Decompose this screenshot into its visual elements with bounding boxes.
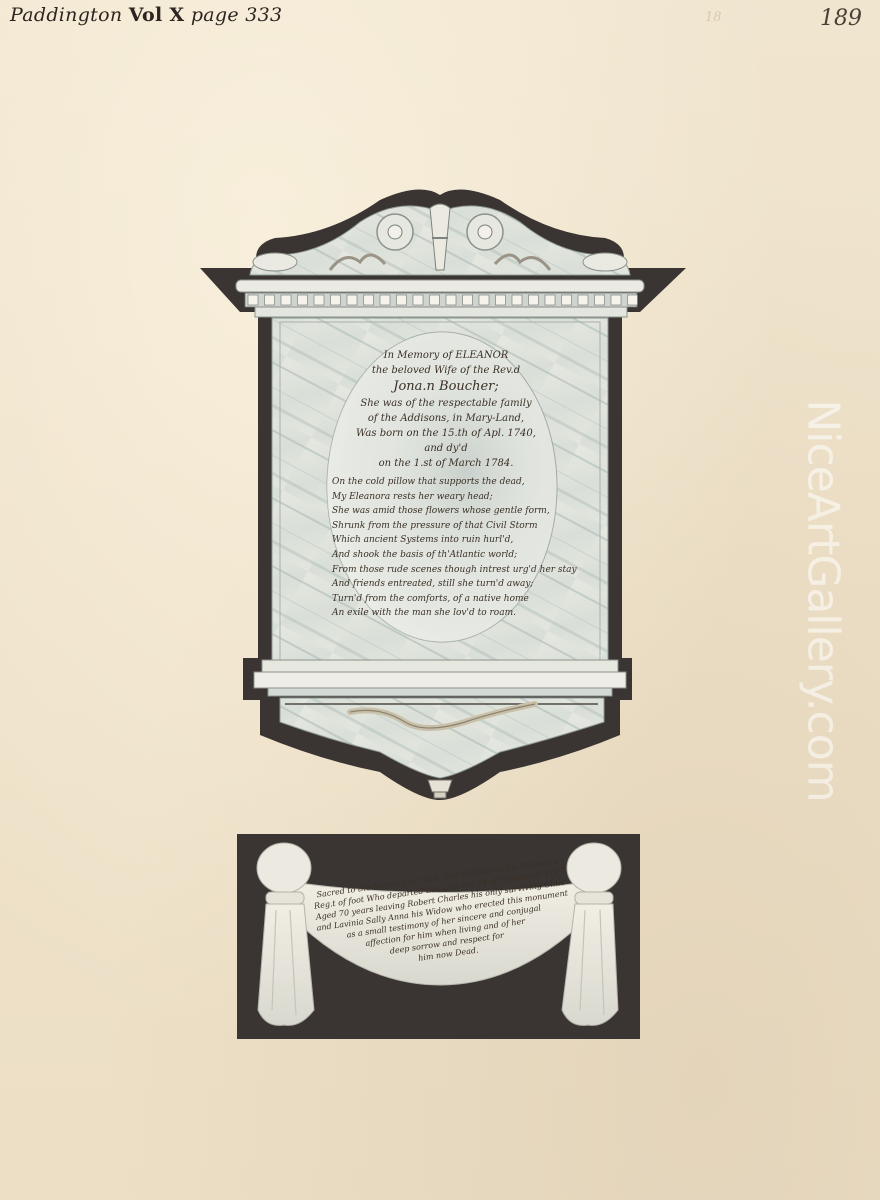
poem-line: From those rude scenes though intrest ur…: [332, 563, 562, 578]
poem-line: An exile with the man she lov'd to roam.: [332, 606, 562, 621]
inscription-line: and dy'd: [330, 441, 562, 456]
inscription-line: of the Addisons, in Mary-Land,: [330, 411, 562, 426]
inscription-name: Jona.n Boucher;: [330, 378, 562, 396]
poem-line: My Eleanora rests her weary head;: [332, 490, 562, 505]
poem-line: Which ancient Systems into ruin hurl'd,: [332, 533, 562, 548]
upper-inscription: In Memory of ELEANOR the beloved Wife of…: [330, 348, 562, 621]
inscription-line: the beloved Wife of the Rev.d: [330, 363, 562, 378]
poem-line: And friends entreated, still she turn'd …: [332, 577, 562, 592]
poem-line: Shrunk from the pressure of that Civil S…: [332, 519, 562, 534]
poem-line: On the cold pillow that supports the dea…: [332, 475, 562, 490]
watermark: NiceArtGallery.com: [798, 400, 848, 800]
inscription-line: In Memory of ELEANOR: [330, 348, 562, 363]
poem-line: And shook the basis of th'Atlantic world…: [332, 548, 562, 563]
inscription-line: She was of the respectable family: [330, 396, 562, 411]
inscription-line: Was born on the 15.th of Apl. 1740,: [330, 426, 562, 441]
poem-line: She was amid those flowers whose gentle …: [332, 504, 562, 519]
poem-line: Turn'd from the comforts, of a native ho…: [332, 592, 562, 607]
inscription-line: on the 1.st of March 1784.: [330, 456, 562, 471]
epitaph-poem: On the cold pillow that supports the dea…: [330, 475, 562, 621]
